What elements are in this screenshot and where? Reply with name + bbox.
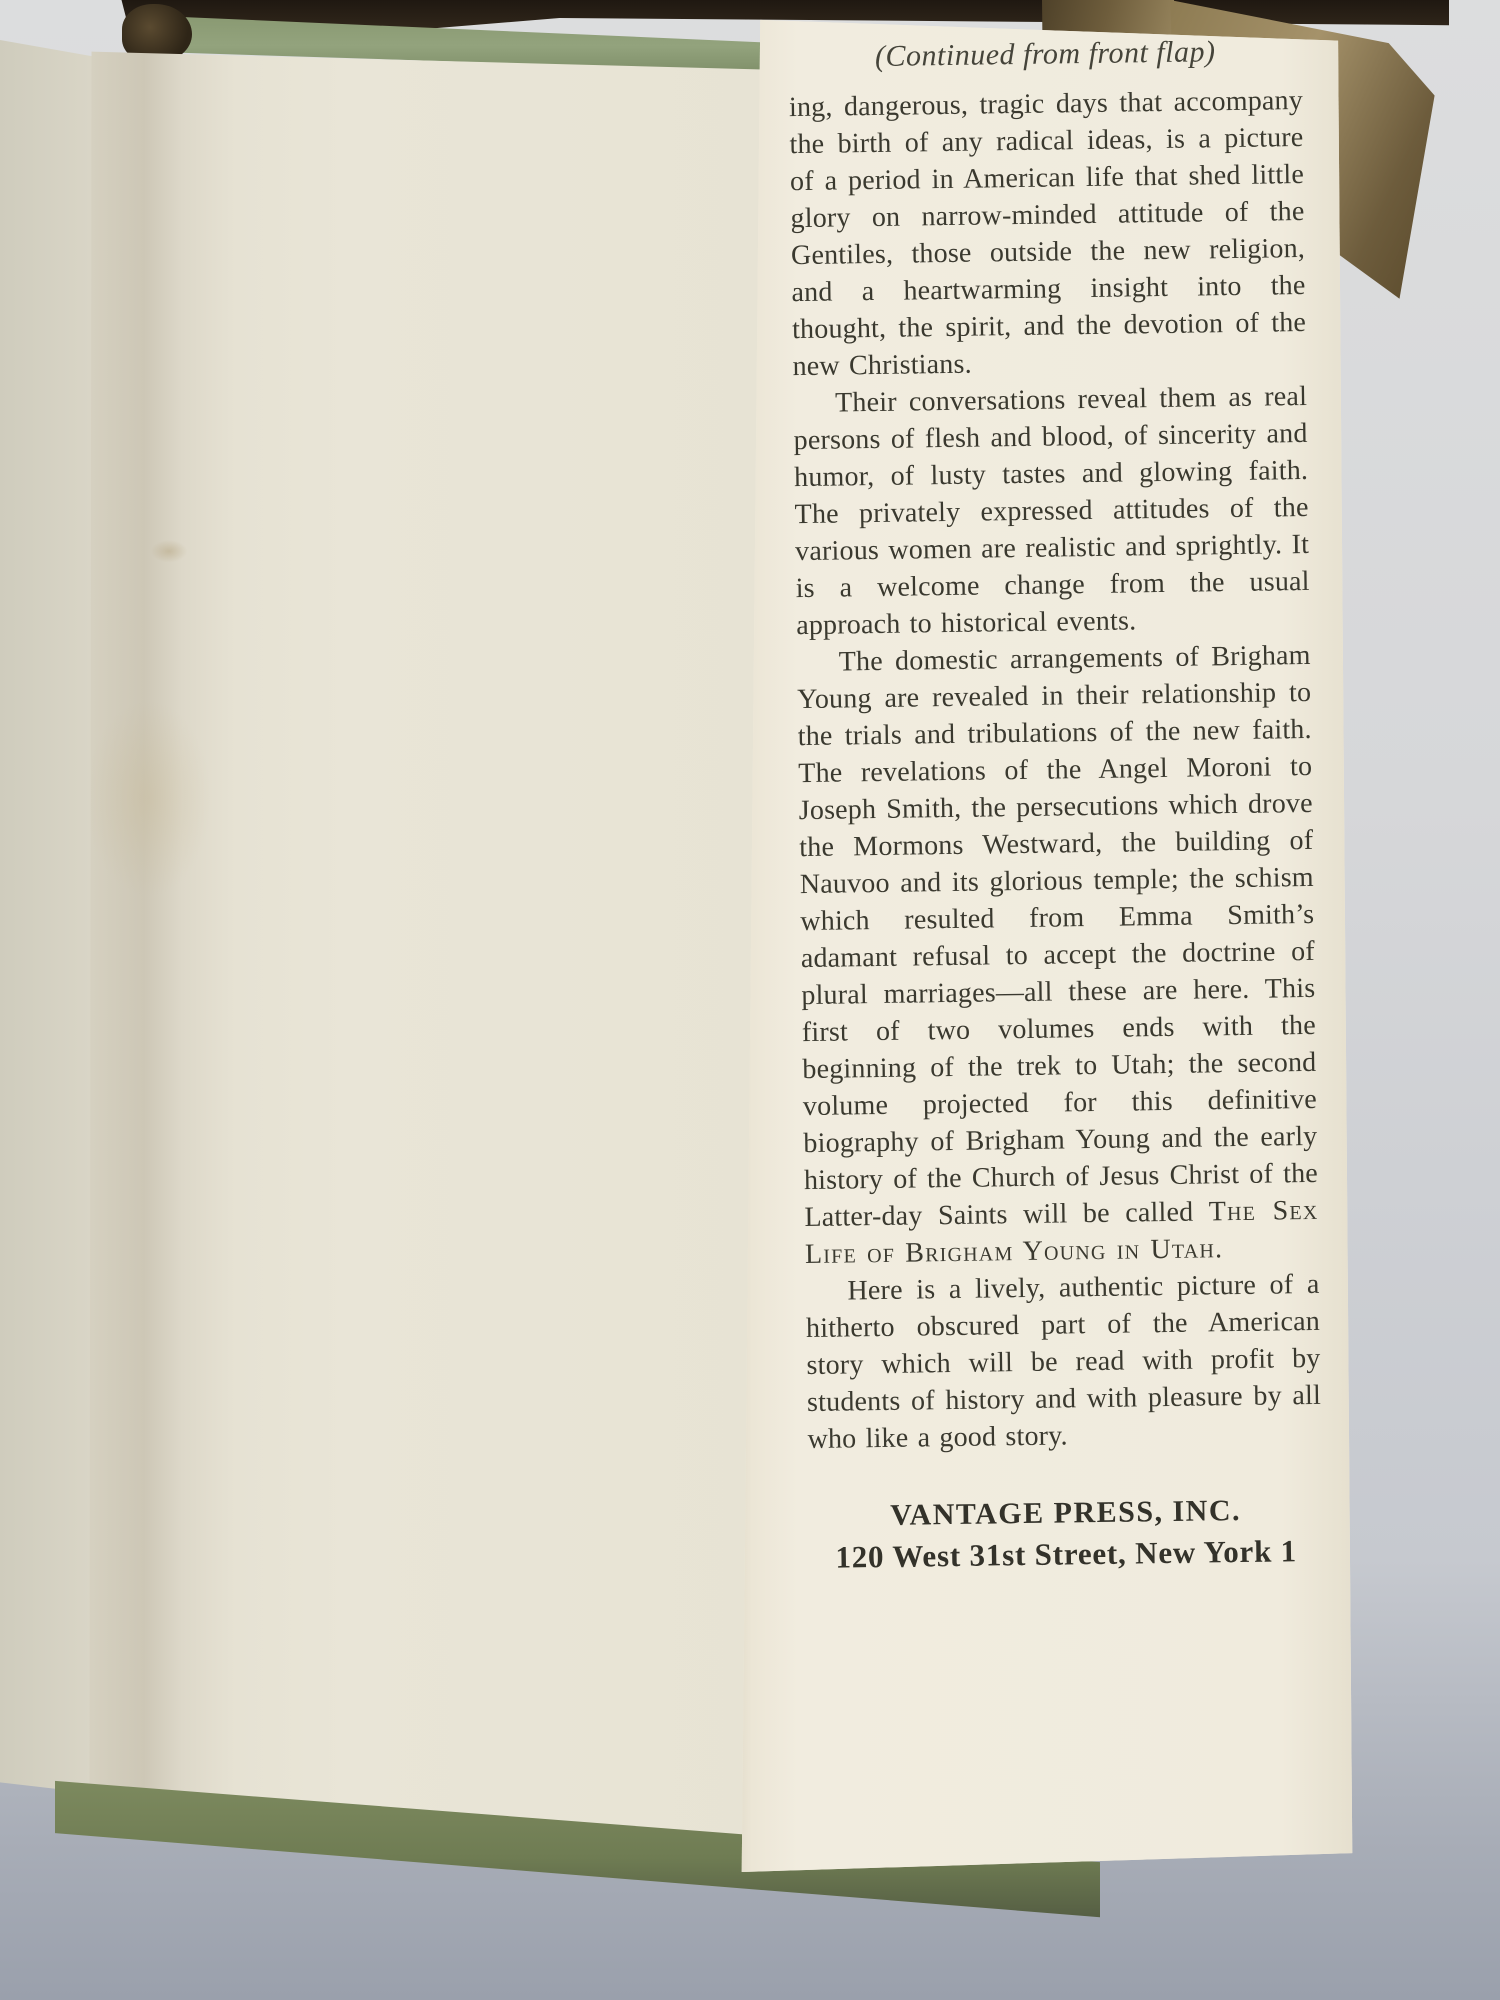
publisher-address: 120 West 31st Street, New York 1 <box>809 1533 1323 1576</box>
flap-paragraph-1: ing, dangerous, tragic days that accompa… <box>789 82 1307 385</box>
flap-paragraph-3: The domestic arrangements of Brigham You… <box>796 637 1319 1273</box>
dust-jacket-back-flap: (Continued from front flap) ing, dangero… <box>738 18 1356 1906</box>
flap-paragraph-2: Their conversations reveal them as real … <box>793 378 1311 644</box>
flap-body: ing, dangerous, tragic days that accompa… <box>789 82 1322 1458</box>
page-edge-shadow <box>0 40 100 1800</box>
publisher-name: VANTAGE PRESS, INC. <box>808 1493 1322 1534</box>
book-flap-photo: (Continued from front flap) ing, dangero… <box>0 0 1500 2000</box>
flap-text-block: (Continued from front flap) ing, dangero… <box>788 34 1323 1576</box>
flap-paragraph-3-text: The domestic arrangements of Brigham You… <box>797 640 1318 1233</box>
flap-paragraph-4: Here is a lively, authentic picture of a… <box>805 1266 1322 1458</box>
book-endpaper-page <box>86 48 778 1878</box>
publisher-block: VANTAGE PRESS, INC. 120 West 31st Street… <box>808 1493 1323 1576</box>
flap-heading: (Continued from front flap) <box>788 34 1302 75</box>
